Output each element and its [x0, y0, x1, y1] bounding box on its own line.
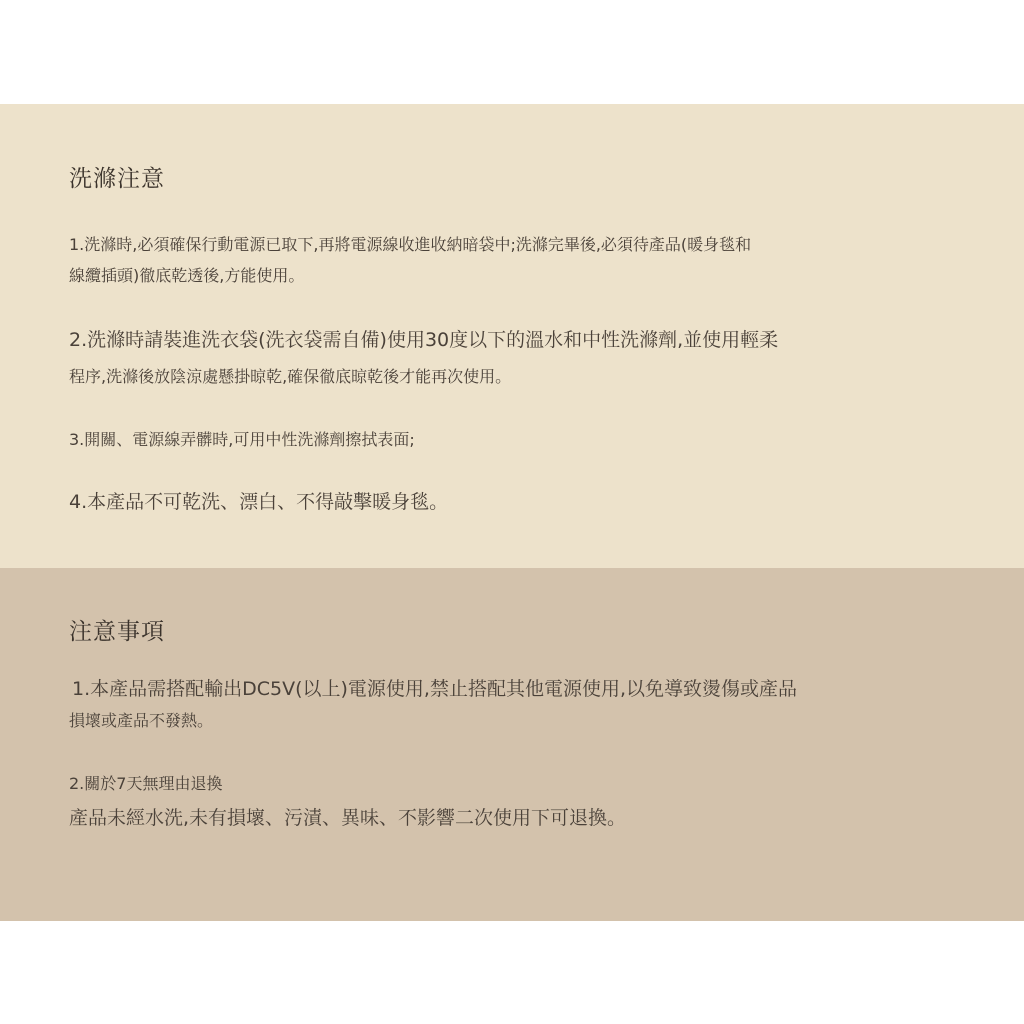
washing-item-2-line2: 程序,洗滌後放陰涼處懸掛晾乾,確保徹底晾乾後才能再次使用。 [69, 361, 511, 392]
precaution-item-2-line1: 2.關於7天無理由退換 [69, 768, 222, 799]
precaution-item-1-line2: 損壞或產品不發熱。 [69, 705, 213, 736]
washing-item-2-line1: 2.洗滌時請裝進洗衣袋(洗衣袋需自備)使用30度以下的溫水和中性洗滌劑,並使用輕… [69, 323, 778, 357]
precaution-item-1-line1: 1.本產品需搭配輸出DC5V(以上)電源使用,禁止搭配其他電源使用,以免導致燙傷… [72, 672, 797, 706]
washing-item-3-line1: 3.開關、電源線弄髒時,可用中性洗滌劑擦拭表面; [69, 424, 415, 455]
washing-item-4-line1: 4.本產品不可乾洗、漂白、不得敲擊暖身毯。 [69, 485, 448, 519]
washing-item-1-line2: 線纜插頭)徹底乾透後,方能使用。 [69, 260, 304, 291]
washing-item-1-line1: 1.洗滌時,必須確保行動電源已取下,再將電源線收進收納暗袋中;洗滌完畢後,必須待… [69, 229, 751, 260]
precautions-title: 注意事項 [69, 613, 165, 646]
precaution-item-2-line2: 產品未經水洗,未有損壞、污漬、異味、不影響二次使用下可退換。 [69, 801, 626, 835]
washing-instructions-title: 洗滌注意 [69, 160, 165, 193]
